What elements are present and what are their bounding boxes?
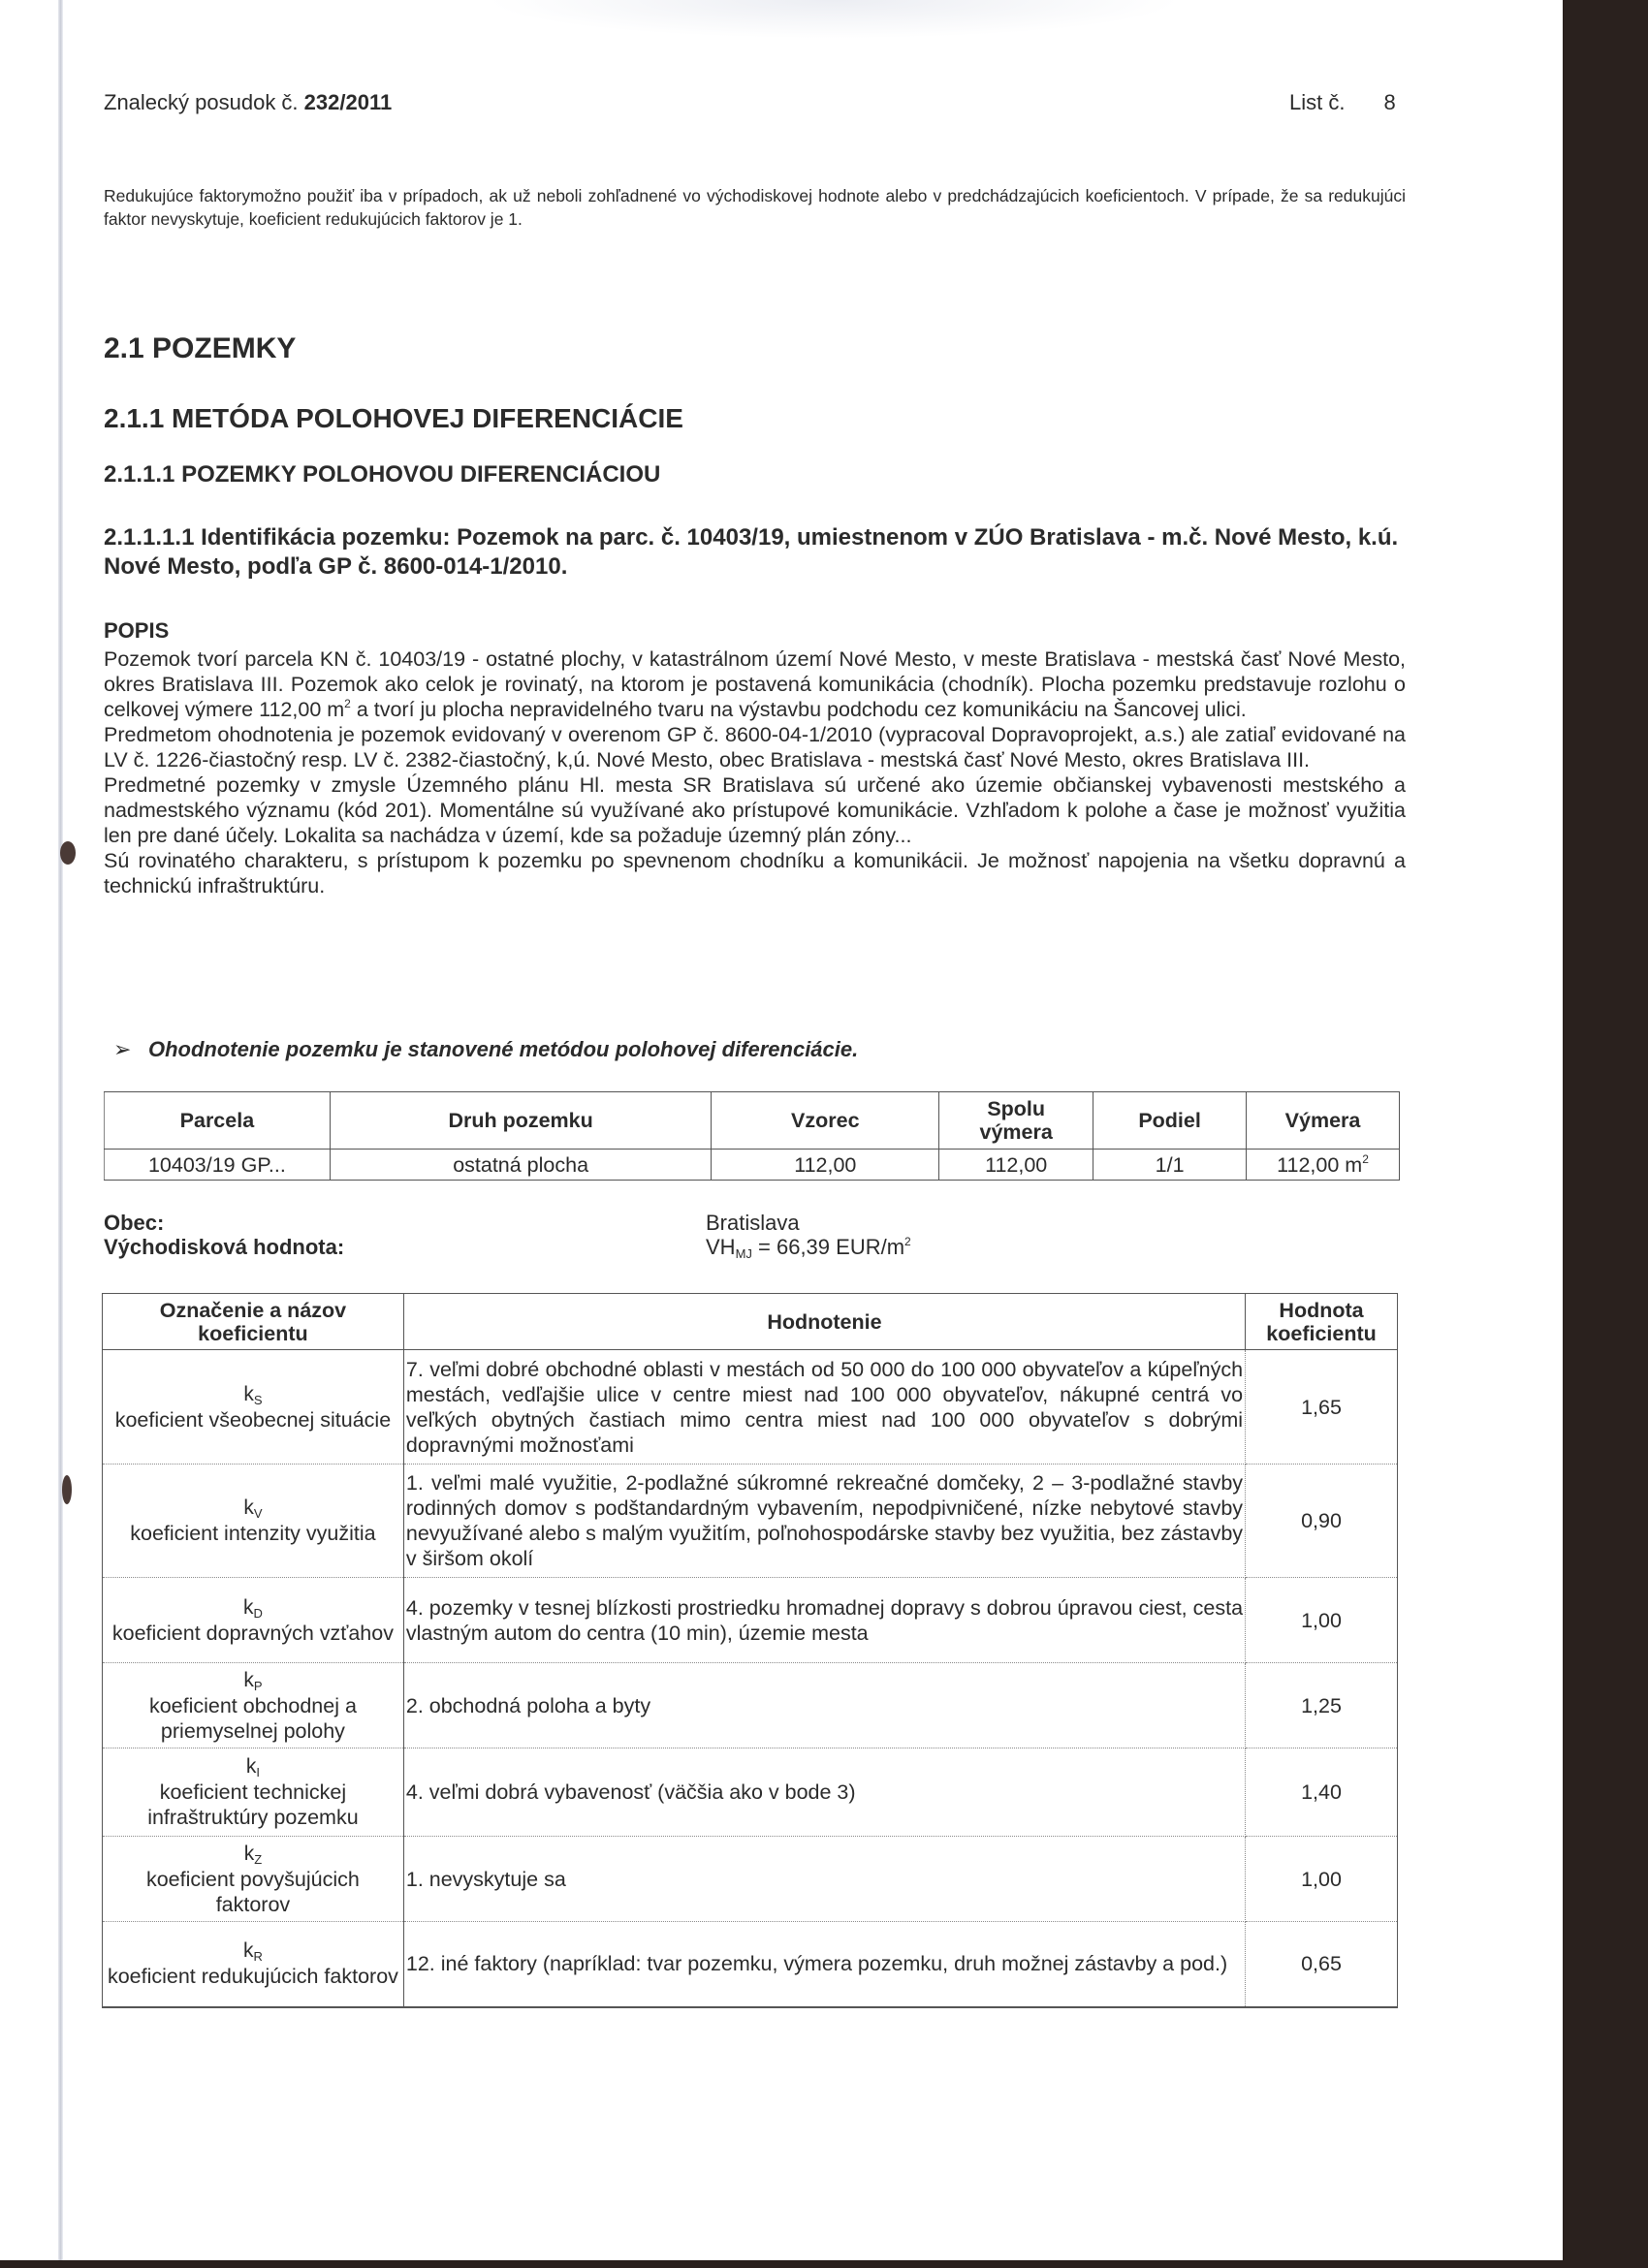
coefficient-value: 1,25 <box>1246 1663 1398 1748</box>
column-header: Druh pozemku <box>330 1092 712 1150</box>
coefficient-value: 1,40 <box>1246 1748 1398 1837</box>
column-header: Výmera <box>1247 1092 1400 1150</box>
table-row: kVkoeficient intenzity využitia1. veľmi … <box>103 1465 1398 1578</box>
base-value: VHMJ = 66,39 EUR/m2 <box>706 1235 911 1259</box>
heading-1: 2.1 POZEMKY <box>104 332 296 365</box>
coefficient-name: koeficient technickej infraštruktúry poz… <box>107 1780 399 1830</box>
subscript: R <box>253 1949 262 1964</box>
coefficient-description: 2. obchodná poloha a byty <box>403 1663 1245 1748</box>
popis-paragraph: Predmetné pozemky v zmysle Územného plán… <box>104 772 1406 848</box>
coefficient-value: 1,65 <box>1246 1350 1398 1465</box>
column-header: Spolu výmera <box>939 1092 1093 1150</box>
coefficient-symbol: kS <box>107 1382 399 1407</box>
coefficient-symbol: kI <box>107 1754 399 1780</box>
obec-label: Obec: <box>104 1211 344 1235</box>
coefficient-name: koeficient všeobecnej situácie <box>107 1407 399 1433</box>
popis-text: a tvorí ju plocha nepravidelného tvaru n… <box>351 698 1247 721</box>
subscript: I <box>256 1765 260 1780</box>
popis-paragraph: Sú rovinatého charakteru, s prístupom k … <box>104 848 1406 898</box>
coefficient-name-cell: kRkoeficient redukujúcich faktorov <box>103 1922 404 2007</box>
coefficient-symbol: kR <box>107 1938 399 1964</box>
table-row: kDkoeficient dopravných vzťahov4. pozemk… <box>103 1578 1398 1663</box>
coefficient-value: 0,65 <box>1246 1922 1398 2007</box>
coefficient-table: Označenie a názov koeficientu Hodnotenie… <box>102 1293 1398 2008</box>
coefficient-value: 0,90 <box>1246 1465 1398 1578</box>
table-row: kRkoeficient redukujúcich faktorov12. in… <box>103 1922 1398 2007</box>
cell-druh: ostatná plocha <box>330 1150 712 1181</box>
table-row: kPkoeficient obchodnej a priemyselnej po… <box>103 1663 1398 1748</box>
table-row: kIkoeficient technickej infraštruktúry p… <box>103 1748 1398 1837</box>
coefficient-name-cell: kIkoeficient technickej infraštruktúry p… <box>103 1748 404 1837</box>
coefficient-symbol: kP <box>107 1668 399 1693</box>
popis-body: Pozemok tvorí parcela KN č. 10403/19 - o… <box>104 646 1406 898</box>
coefficient-name-cell: kDkoeficient dopravných vzťahov <box>103 1578 404 1663</box>
method-note: ➢Ohodnotenie pozemku je stanovené metódo… <box>113 1037 858 1062</box>
column-header: Hodnotenie <box>403 1294 1245 1350</box>
cell-parcela: 10403/19 GP... <box>105 1150 331 1181</box>
symbol-k: k <box>244 1843 255 1865</box>
obec-value: Bratislava <box>706 1211 911 1235</box>
subscript: V <box>254 1506 263 1521</box>
scan-shadow <box>485 0 1183 39</box>
coefficient-name: koeficient dopravných vzťahov <box>107 1621 399 1646</box>
column-header: Hodnota koeficientu <box>1246 1294 1398 1350</box>
doc-number: 232/2011 <box>304 90 393 114</box>
parcel-table: Parcela Druh pozemku Vzorec Spolu výmera… <box>104 1091 1400 1181</box>
coefficient-table-header: Označenie a názov koeficientu Hodnotenie… <box>103 1294 1398 1350</box>
cell-vymera: 112,00 m2 <box>1247 1150 1400 1181</box>
method-note-text: Ohodnotenie pozemku je stanovené metódou… <box>148 1037 858 1061</box>
superscript: 2 <box>904 1235 911 1248</box>
table-row: kZkoeficient povyšujúcich faktorov1. nev… <box>103 1837 1398 1922</box>
symbol-k: k <box>246 1755 257 1778</box>
symbol-k: k <box>243 1669 254 1691</box>
obec-labels: Obec: Východisková hodnota: <box>104 1211 344 1259</box>
coefficient-description: 4. pozemky v tesnej blízkosti prostriedk… <box>403 1578 1245 1663</box>
sheet-label: List č. <box>1289 90 1345 114</box>
subscript: MJ <box>736 1246 752 1261</box>
punch-hole <box>60 841 76 865</box>
document-header-title: Znalecký posudok č. 232/2011 <box>104 90 392 115</box>
arrowhead-bullet-icon: ➢ <box>113 1037 148 1062</box>
superscript: 2 <box>1362 1152 1369 1166</box>
heading-4: 2.1.1.1.1 Identifikácia pozemku: Pozemok… <box>104 523 1406 582</box>
document-page: Znalecký posudok č. 232/2011 List č.8 Re… <box>0 0 1563 2260</box>
coefficient-name: koeficient redukujúcich faktorov <box>107 1964 399 1989</box>
coefficient-value: 1,00 <box>1246 1578 1398 1663</box>
table-row: kSkoeficient všeobecnej situácie7. veľmi… <box>103 1350 1398 1465</box>
coefficient-value: 1,00 <box>1246 1837 1398 1922</box>
coefficient-symbol: kV <box>107 1496 399 1521</box>
symbol-k: k <box>243 1596 254 1619</box>
coefficient-name-cell: kPkoeficient obchodnej a priemyselnej po… <box>103 1663 404 1748</box>
sheet-number: List č.8 <box>1289 90 1396 115</box>
coefficient-name: koeficient intenzity využitia <box>107 1521 399 1546</box>
subscript: P <box>254 1679 263 1693</box>
superscript: 2 <box>344 697 351 710</box>
cell-spolu: 112,00 <box>939 1150 1093 1181</box>
coefficient-description: 4. veľmi dobrá vybavenosť (väčšia ako v … <box>403 1748 1245 1837</box>
coefficient-symbol: kD <box>107 1595 399 1621</box>
popis-paragraph: Pozemok tvorí parcela KN č. 10403/19 - o… <box>104 646 1406 722</box>
subscript: D <box>253 1606 262 1621</box>
punch-hole <box>62 1475 72 1504</box>
coefficient-description: 12. iné faktory (napríklad: tvar pozemku… <box>403 1922 1245 2007</box>
coefficient-description: 1. veľmi malé využitie, 2-podlažné súkro… <box>403 1465 1245 1578</box>
cell-vzorec: 112,00 <box>712 1150 939 1181</box>
coefficient-name: koeficient povyšujúcich faktorov <box>107 1867 399 1917</box>
obec-values: Bratislava VHMJ = 66,39 EUR/m2 <box>706 1211 911 1259</box>
coefficient-description: 7. veľmi dobré obchodné oblasti v mestác… <box>403 1350 1245 1465</box>
column-header: Parcela <box>105 1092 331 1150</box>
column-header: Označenie a názov koeficientu <box>103 1294 404 1350</box>
intro-paragraph: Redukujúce faktorymožno použiť iba v prí… <box>104 184 1406 231</box>
symbol-k: k <box>243 1496 254 1519</box>
parcel-table-header: Parcela Druh pozemku Vzorec Spolu výmera… <box>105 1092 1400 1150</box>
subscript: Z <box>254 1852 262 1867</box>
symbol-k: k <box>243 1383 254 1405</box>
column-header: Vzorec <box>712 1092 939 1150</box>
coefficient-description: 1. nevyskytuje sa <box>403 1837 1245 1922</box>
column-header: Podiel <box>1093 1092 1247 1150</box>
table-row: 10403/19 GP... ostatná plocha 112,00 112… <box>105 1150 1400 1181</box>
sheet-number-value: 8 <box>1383 90 1395 114</box>
doc-prefix: Znalecký posudok č. <box>104 90 299 114</box>
page-crease <box>58 0 63 2260</box>
popis-title: POPIS <box>104 618 169 644</box>
subscript: S <box>254 1393 263 1407</box>
coefficient-symbol: kZ <box>107 1842 399 1867</box>
vymera-value: 112,00 m <box>1277 1153 1362 1177</box>
coefficient-name-cell: kSkoeficient všeobecnej situácie <box>103 1350 404 1465</box>
coefficient-name-cell: kZkoeficient povyšujúcich faktorov <box>103 1837 404 1922</box>
cell-podiel: 1/1 <box>1093 1150 1247 1181</box>
coefficient-name: koeficient obchodnej a priemyselnej polo… <box>107 1693 399 1744</box>
heading-3: 2.1.1.1 POZEMKY POLOHOVOU DIFERENCIÁCIOU <box>104 461 660 488</box>
heading-2: 2.1.1 METÓDA POLOHOVEJ DIFERENCIÁCIE <box>104 403 683 434</box>
vh-value: = 66,39 EUR/m <box>752 1235 904 1259</box>
vh-symbol: VH <box>706 1235 736 1259</box>
symbol-k: k <box>243 1939 254 1962</box>
popis-paragraph: Predmetom ohodnotenia je pozemok evidova… <box>104 722 1406 772</box>
base-value-label: Východisková hodnota: <box>104 1235 344 1259</box>
coefficient-name-cell: kVkoeficient intenzity využitia <box>103 1465 404 1578</box>
